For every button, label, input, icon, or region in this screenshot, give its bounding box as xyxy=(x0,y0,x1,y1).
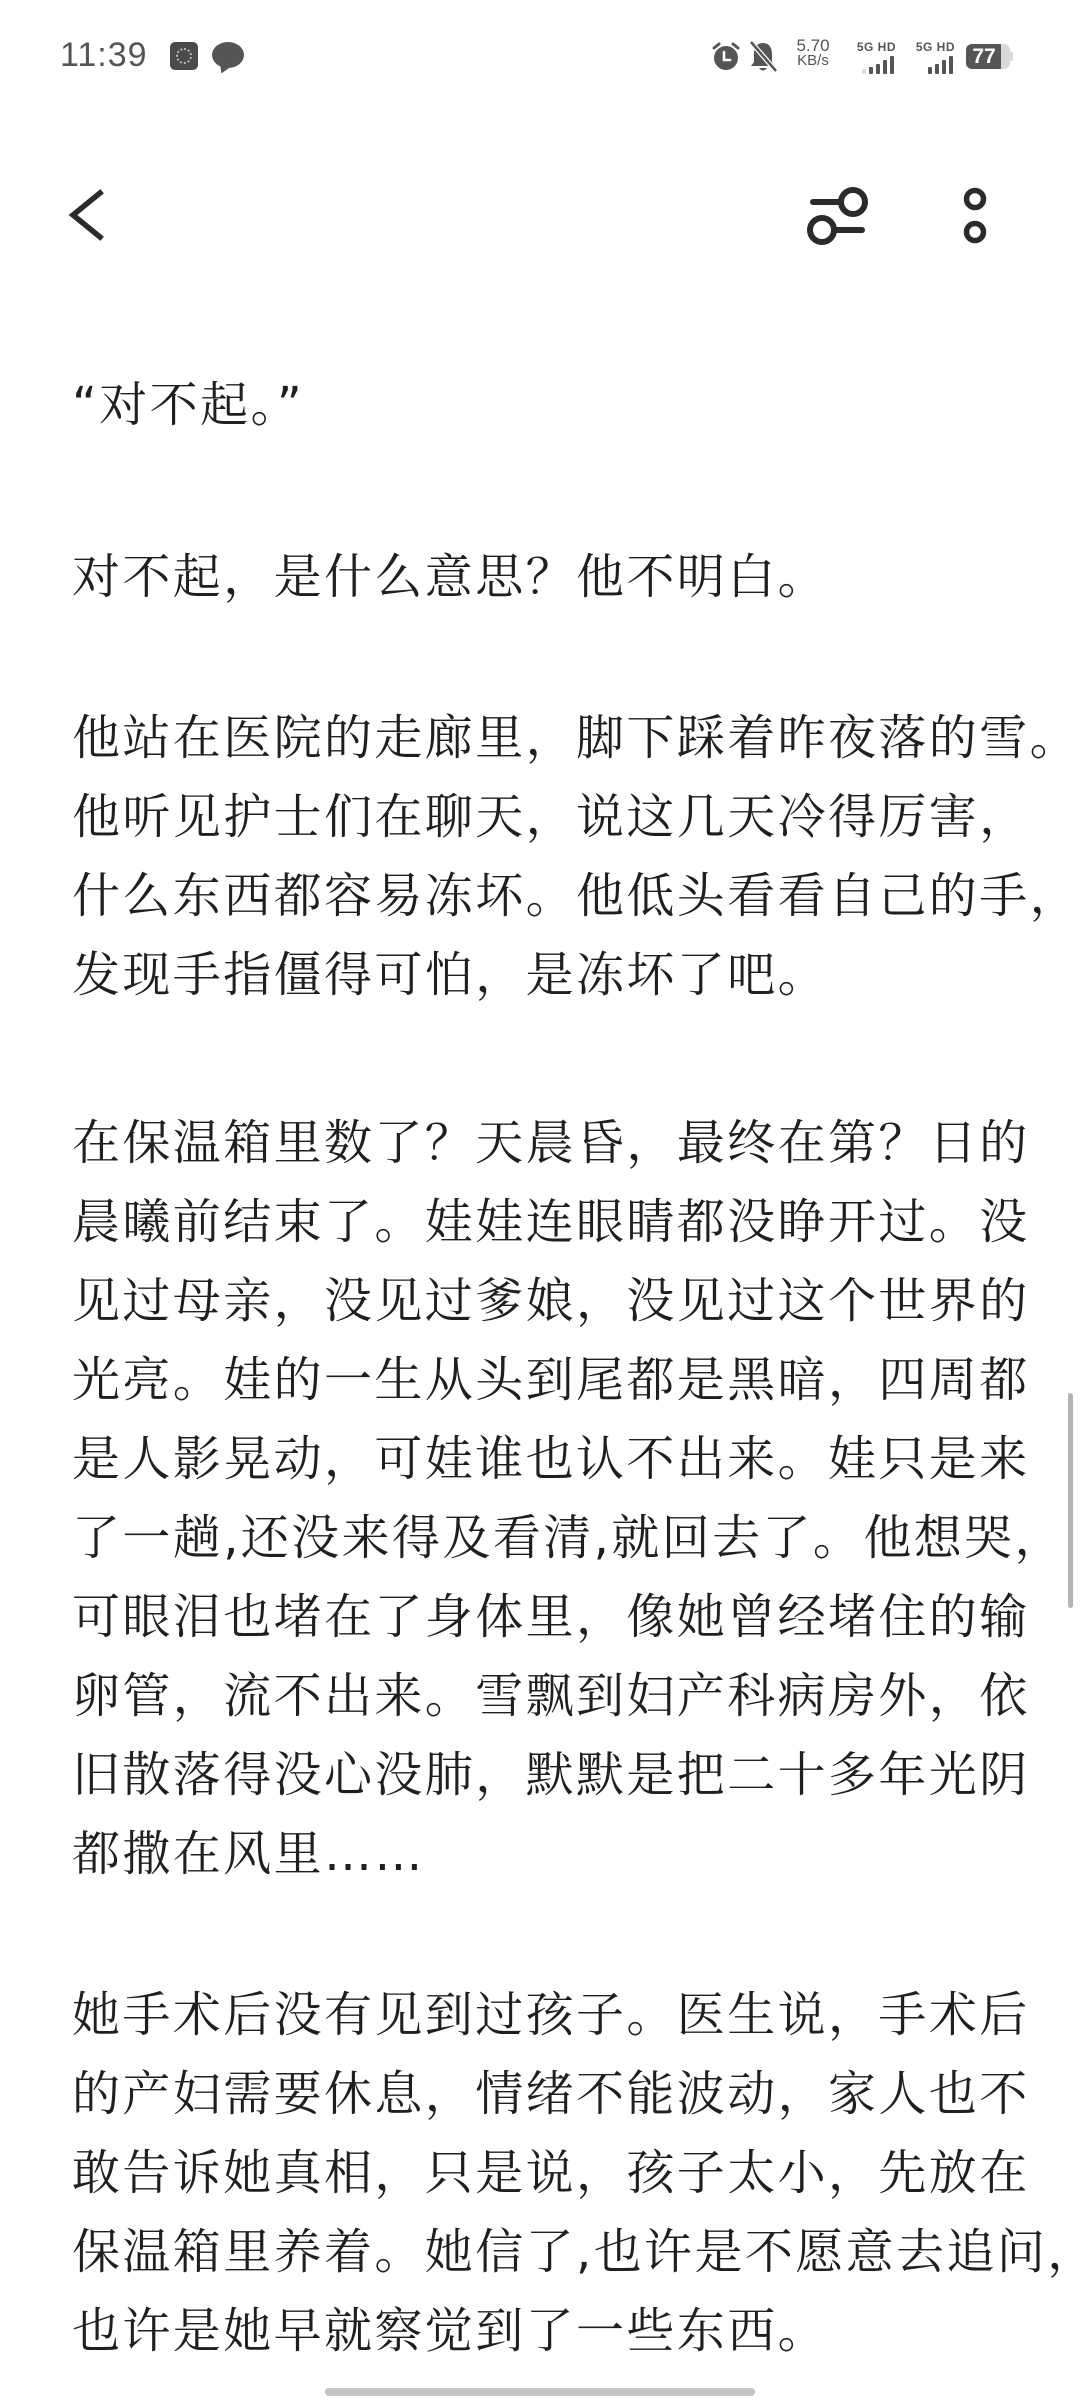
network-speed-value: 5.70 xyxy=(788,38,838,53)
text-line: 的产妇需要休息，情绪不能波动，家人也不 xyxy=(72,2055,1012,2134)
paragraph: 她手术后没有见到过孩子。医生说，手术后 的产妇需要休息，情绪不能波动，家人也不 … xyxy=(72,1976,1012,2371)
signal-bars-icon xyxy=(928,56,953,74)
battery-level: 77 xyxy=(966,44,1002,69)
text-line: 对不起，是什么意思？他不明白。 xyxy=(72,538,1012,617)
paragraph: 对不起，是什么意思？他不明白。 xyxy=(72,538,1012,617)
alarm-icon xyxy=(711,42,741,72)
text-line: 她手术后没有见到过孩子。医生说，手术后 xyxy=(72,1976,1012,2055)
text-line: 晨曦前结束了。娃娃连眼睛都没睁开过。没 xyxy=(72,1183,1012,1262)
sim1-label: 5G HD xyxy=(846,40,896,54)
paragraph: 他站在医院的走廊里，脚下踩着昨夜落的雪。 他听见护士们在聊天，说这几天冷得厉害，… xyxy=(72,699,1012,1015)
paragraph: “对不起。” xyxy=(72,366,1012,445)
text-line: 可眼泪也堵在了身体里，像她曾经堵住的输 xyxy=(72,1578,1012,1657)
text-line: 在保温箱里数了？天晨昏，最终在第？日的 xyxy=(72,1104,1012,1183)
reading-settings-button[interactable] xyxy=(800,180,880,250)
chat-bubble-icon xyxy=(212,42,244,68)
chevron-left-icon xyxy=(60,180,120,250)
text-line: 也许是她早就察觉到了一些东西。 xyxy=(72,2292,1012,2371)
back-button[interactable] xyxy=(60,180,120,250)
text-line: 他听见护士们在聊天，说这几天冷得厉害， xyxy=(72,778,1012,857)
text-line: 光亮。娃的一生从头到尾都是黑暗，四周都 xyxy=(72,1341,1012,1420)
text-line: 敢告诉她真相，只是说，孩子太小，先放在 xyxy=(72,2134,1012,2213)
text-line: 发现手指僵得可怕，是冻坏了吧。 xyxy=(72,936,1012,1015)
battery-tip xyxy=(1010,52,1013,61)
network-speed-unit: KB/s xyxy=(788,53,838,68)
bell-off-icon xyxy=(748,40,778,74)
battery-icon: 77 xyxy=(966,44,1010,69)
text-line: 保温箱里养着。她信了,也许是不愿意去追问， xyxy=(72,2213,1012,2292)
text-line: “对不起。” xyxy=(72,366,1012,445)
text-line: 都撒在风里…… xyxy=(72,1815,1012,1894)
sim2-label: 5G HD xyxy=(905,40,955,54)
status-bar: 11:39 5.70 KB/s 5G HD 5G HD 77 xyxy=(0,0,1080,110)
gallery-icon xyxy=(170,42,198,70)
text-line: 他站在医院的走廊里，脚下踩着昨夜落的雪。 xyxy=(72,699,1012,778)
more-options-button[interactable] xyxy=(950,180,1000,250)
sim1-signal: 5G HD xyxy=(846,40,896,54)
network-speed: 5.70 KB/s xyxy=(788,38,838,68)
text-line: 卵管，流不出来。雪飘到妇产科病房外，依 xyxy=(72,1657,1012,1736)
sim2-signal: 5G HD xyxy=(905,40,955,54)
sliders-icon xyxy=(800,180,880,250)
text-line: 是人影晃动，可娃谁也认不出来。娃只是来 xyxy=(72,1420,1012,1499)
more-vertical-icon xyxy=(950,180,1000,250)
scrollbar-thumb[interactable] xyxy=(1068,1393,1073,1608)
reader-toolbar xyxy=(0,140,1080,290)
paragraph: 在保温箱里数了？天晨昏，最终在第？日的 晨曦前结束了。娃娃连眼睛都没睁开过。没 … xyxy=(72,1104,1012,1894)
signal-bars-icon xyxy=(862,56,894,74)
home-indicator[interactable] xyxy=(325,2388,755,2396)
status-time: 11:39 xyxy=(60,36,148,75)
text-line: 什么东西都容易冻坏。他低头看看自己的手， xyxy=(72,857,1012,936)
text-line: 见过母亲，没见过爹娘，没见过这个世界的 xyxy=(72,1262,1012,1341)
text-line: 了一趟,还没来得及看清,就回去了。他想哭， xyxy=(72,1499,1012,1578)
text-line: 旧散落得没心没肺，默默是把二十多年光阴 xyxy=(72,1736,1012,1815)
